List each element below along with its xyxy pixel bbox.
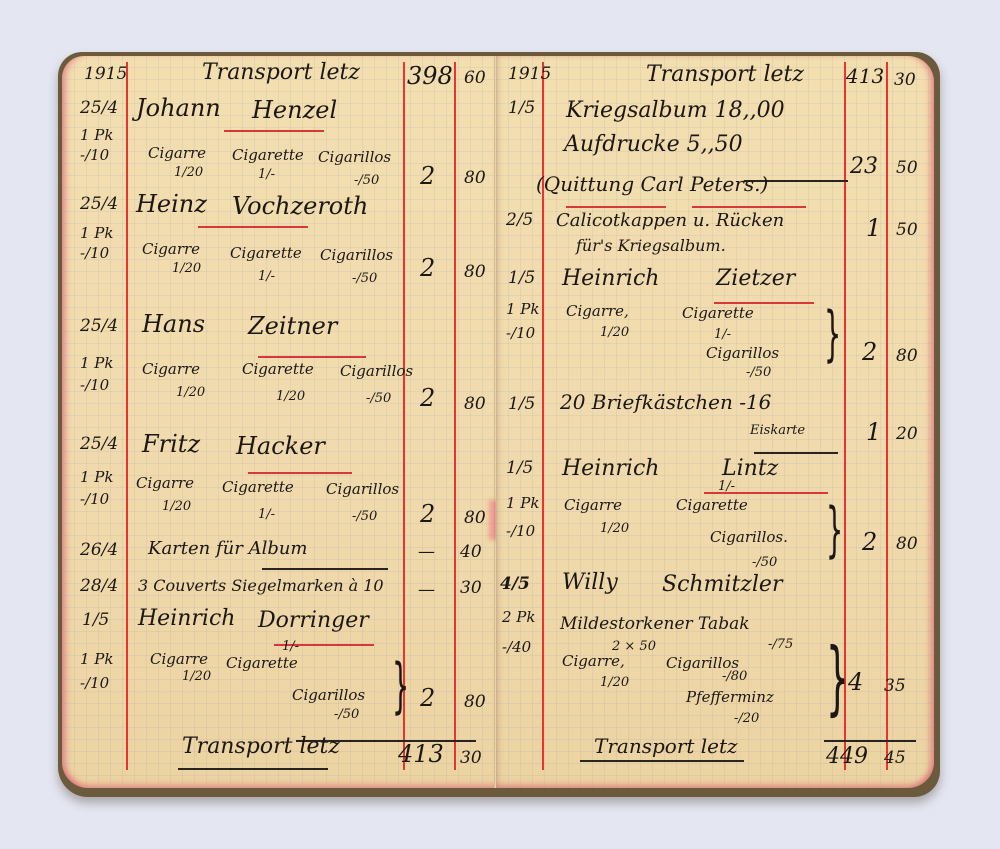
entry-count-note: 1 Pk <box>80 226 114 241</box>
item-label: Cigarillos. <box>710 530 788 545</box>
brace-icon: } <box>824 304 841 364</box>
item-label: Cigarette <box>222 480 294 495</box>
entry-sub-price: -/10 <box>80 676 109 691</box>
entry-sub-price: -/10 <box>506 524 535 539</box>
footer-transport-label: Transport letz <box>594 736 738 756</box>
item-label: Cigarillos <box>340 364 413 379</box>
entry-name-first: Johann <box>136 96 221 120</box>
item-price: 1/20 <box>176 386 205 399</box>
entry-cents: 50 <box>896 160 918 177</box>
item-label: Cigarre <box>136 476 194 491</box>
item-price: 1/- <box>714 328 731 341</box>
item-label: Cigarre <box>564 498 622 513</box>
entry-sub-price: -/10 <box>506 326 535 341</box>
item-label: Pfefferminz <box>686 690 774 705</box>
entry-count-note: 1 Pk <box>80 470 114 485</box>
footer-underline <box>580 760 744 762</box>
entry-date: 28/4 <box>80 578 118 595</box>
item-label: Mildestorkener Tabak <box>560 616 750 633</box>
item-price: -/50 <box>352 272 377 285</box>
entry-sub-price: -/40 <box>502 640 531 655</box>
entry-cents: 80 <box>464 694 486 711</box>
entry-amount: 2 <box>420 164 435 188</box>
entry-count-note: 2 Pk <box>502 610 536 625</box>
item-label: Cigarette <box>232 148 304 163</box>
entry-sub-price: -/10 <box>80 246 109 261</box>
entry-name-first: Willy <box>562 572 618 594</box>
item-price: 1/20 <box>600 326 629 339</box>
entry-line: Aufdrucke 5,,50 <box>564 134 743 156</box>
entry-line: für's Kriegsalbum. <box>576 238 726 254</box>
entry-date: 25/4 <box>80 100 118 117</box>
item-label: Cigarre, <box>566 304 629 319</box>
entry-amount: 2 <box>420 256 435 280</box>
entry-cents: 80 <box>464 510 486 527</box>
entry-date: 1/5 <box>508 396 535 413</box>
entry-line: 20 Briefkästchen -16 <box>560 392 771 412</box>
header-cents: 60 <box>464 70 486 87</box>
total-rule <box>824 740 916 742</box>
item-label: Cigarette <box>226 656 298 671</box>
entry-amount: 2 <box>420 386 435 410</box>
entry-line: Kriegsalbum 18,,00 <box>566 100 785 122</box>
entry-line: Eiskarte <box>750 424 805 437</box>
date-column-rule <box>542 62 544 770</box>
entry-text: Karten für Album <box>148 540 308 558</box>
entry-count-note: 1 Pk <box>80 356 114 371</box>
entry-date: 1/5 <box>508 270 535 287</box>
item-price: 1/20 <box>600 522 629 535</box>
footer-cents: 30 <box>460 750 482 767</box>
entry-cents: 80 <box>896 536 918 553</box>
item-label: Cigarre <box>142 242 200 257</box>
entry-text: 3 Couverts Siegelmarken à 10 <box>138 578 384 594</box>
cents-column-rule <box>454 62 456 770</box>
text-underline <box>262 568 388 570</box>
entry-amount: — <box>418 544 435 561</box>
header-amount: 413 <box>846 66 884 86</box>
item-label: Cigarillos <box>318 150 391 165</box>
header-transport-label: Transport letz <box>202 62 360 84</box>
entry-cents: 40 <box>460 544 482 561</box>
header-year: 1915 <box>508 66 551 83</box>
entry-sub-price: -/10 <box>80 148 109 163</box>
brace-icon: } <box>826 500 843 560</box>
item-price: 1/20 <box>276 390 305 403</box>
entry-cents: 50 <box>896 222 918 239</box>
item-label: Cigarette <box>682 306 754 321</box>
entry-cents: 20 <box>896 426 918 443</box>
name-underline <box>248 472 352 474</box>
entry-cents: 35 <box>884 678 906 695</box>
footer-amount: 449 <box>826 746 868 768</box>
footer-transport-label: Transport letz <box>182 736 340 758</box>
entry-date: 1/5 <box>508 100 535 117</box>
name-underline <box>258 356 366 358</box>
item-label: Cigarre <box>148 146 206 161</box>
item-price: 1/20 <box>600 676 629 689</box>
entry-amount: 23 <box>850 156 878 178</box>
item-label: Cigarillos <box>320 248 393 263</box>
right-page: 1915 Transport letz 413 30 1/5 Kriegsalb… <box>496 56 934 788</box>
item-price: -/75 <box>768 638 793 651</box>
entry-name-last: Zietzer <box>716 268 795 290</box>
entry-amount: — <box>418 582 435 599</box>
entry-count-note: 1 Pk <box>506 302 540 317</box>
left-page: 1915 Transport letz 398 60 25/4 Johann H… <box>62 56 496 788</box>
item-price: 1/20 <box>182 670 211 683</box>
item-price: 1/20 <box>162 500 191 513</box>
entry-note: (Quittung Carl Peters.) <box>536 174 768 194</box>
header-amount: 398 <box>407 64 453 88</box>
entry-name-first: Heinrich <box>562 268 659 290</box>
entry-amount: 4 <box>848 670 863 694</box>
entry-name-last: Dorringer <box>258 610 369 632</box>
item-label: Cigarre, <box>562 654 625 669</box>
item-price: -/80 <box>722 670 747 683</box>
entry-name-last: Vochzeroth <box>232 194 368 218</box>
entry-name-first: Heinrich <box>562 458 659 480</box>
note-underline <box>566 206 666 208</box>
entry-name-last: Schmitzler <box>662 574 782 596</box>
item-price: 1/20 <box>172 262 201 275</box>
entry-date: 1/5 <box>82 612 109 629</box>
item-price: -/50 <box>366 392 391 405</box>
header-cents: 30 <box>894 72 916 89</box>
item-label: Cigarre <box>142 362 200 377</box>
entry-date: 1/5 <box>506 460 533 477</box>
entry-amount: 2 <box>862 340 877 364</box>
entry-count-note: 1 Pk <box>506 496 540 511</box>
subtotal-rule <box>754 452 838 454</box>
entry-cents: 80 <box>464 396 486 413</box>
entry-name-last: Henzel <box>252 98 337 122</box>
entry-name-last: Lintz <box>722 458 778 480</box>
entry-date: 25/4 <box>80 436 118 453</box>
item-price: -/50 <box>352 510 377 523</box>
entry-name-first: Heinrich <box>138 608 235 630</box>
brace-icon: } <box>826 638 849 718</box>
entry-date: 2/5 <box>506 212 533 229</box>
header-year: 1915 <box>84 66 127 83</box>
brace-icon: } <box>392 656 409 716</box>
entry-date: 26/4 <box>80 542 118 559</box>
item-price: 1/- <box>258 508 275 521</box>
item-label: Cigarette <box>242 362 314 377</box>
item-price: 1/- <box>258 168 275 181</box>
entry-date: 25/4 <box>80 196 118 213</box>
item-price: 1/- <box>258 270 275 283</box>
item-label: Cigarette <box>676 498 748 513</box>
item-price: -/20 <box>734 712 759 725</box>
item-price: -/50 <box>746 366 771 379</box>
entry-line: Calicotkappen u. Rücken <box>556 212 784 230</box>
entry-name-last: Hacker <box>236 434 325 458</box>
entry-sub-price: -/10 <box>80 378 109 393</box>
date-column-rule <box>126 62 128 770</box>
entry-cents: 80 <box>464 170 486 187</box>
entry-name-last: Zeitner <box>248 314 337 338</box>
entry-amount: 2 <box>420 686 435 710</box>
entry-amount: 1 <box>866 216 881 240</box>
entry-cents: 80 <box>464 264 486 281</box>
entry-count-note: 1 Pk <box>80 652 114 667</box>
item-price: 1/- <box>718 480 735 493</box>
item-label: Cigarette <box>230 246 302 261</box>
item-label: Cigarillos <box>292 688 365 703</box>
item-price: -/50 <box>752 556 777 569</box>
entry-amount: 1 <box>866 420 881 444</box>
entry-name-first: Heinz <box>136 192 207 216</box>
item-label: Cigarillos <box>706 346 779 361</box>
entry-date: 4/5 <box>500 576 530 593</box>
entry-name-first: Hans <box>142 312 205 336</box>
entry-cents: 30 <box>460 580 482 597</box>
item-price: -/50 <box>334 708 359 721</box>
note-underline <box>692 206 806 208</box>
footer-underline <box>178 768 328 770</box>
entry-date: 25/4 <box>80 318 118 335</box>
footer-amount: 413 <box>398 742 444 766</box>
item-label: Cigarillos <box>326 482 399 497</box>
footer-cents: 45 <box>884 750 906 767</box>
name-underline <box>198 226 308 228</box>
item-label: Cigarre <box>150 652 208 667</box>
cents-column-rule <box>886 62 888 770</box>
entry-cents: 80 <box>896 348 918 365</box>
entry-name-first: Fritz <box>142 432 200 456</box>
entry-amount: 2 <box>420 502 435 526</box>
entry-sub-price: -/10 <box>80 492 109 507</box>
name-underline <box>224 130 324 132</box>
entry-count-note: 1 Pk <box>80 128 114 143</box>
header-transport-label: Transport letz <box>646 64 804 86</box>
item-price: 1/20 <box>174 166 203 179</box>
item-price: -/50 <box>354 174 379 187</box>
entry-amount: 2 <box>862 530 877 554</box>
item-price: 1/- <box>282 640 299 653</box>
